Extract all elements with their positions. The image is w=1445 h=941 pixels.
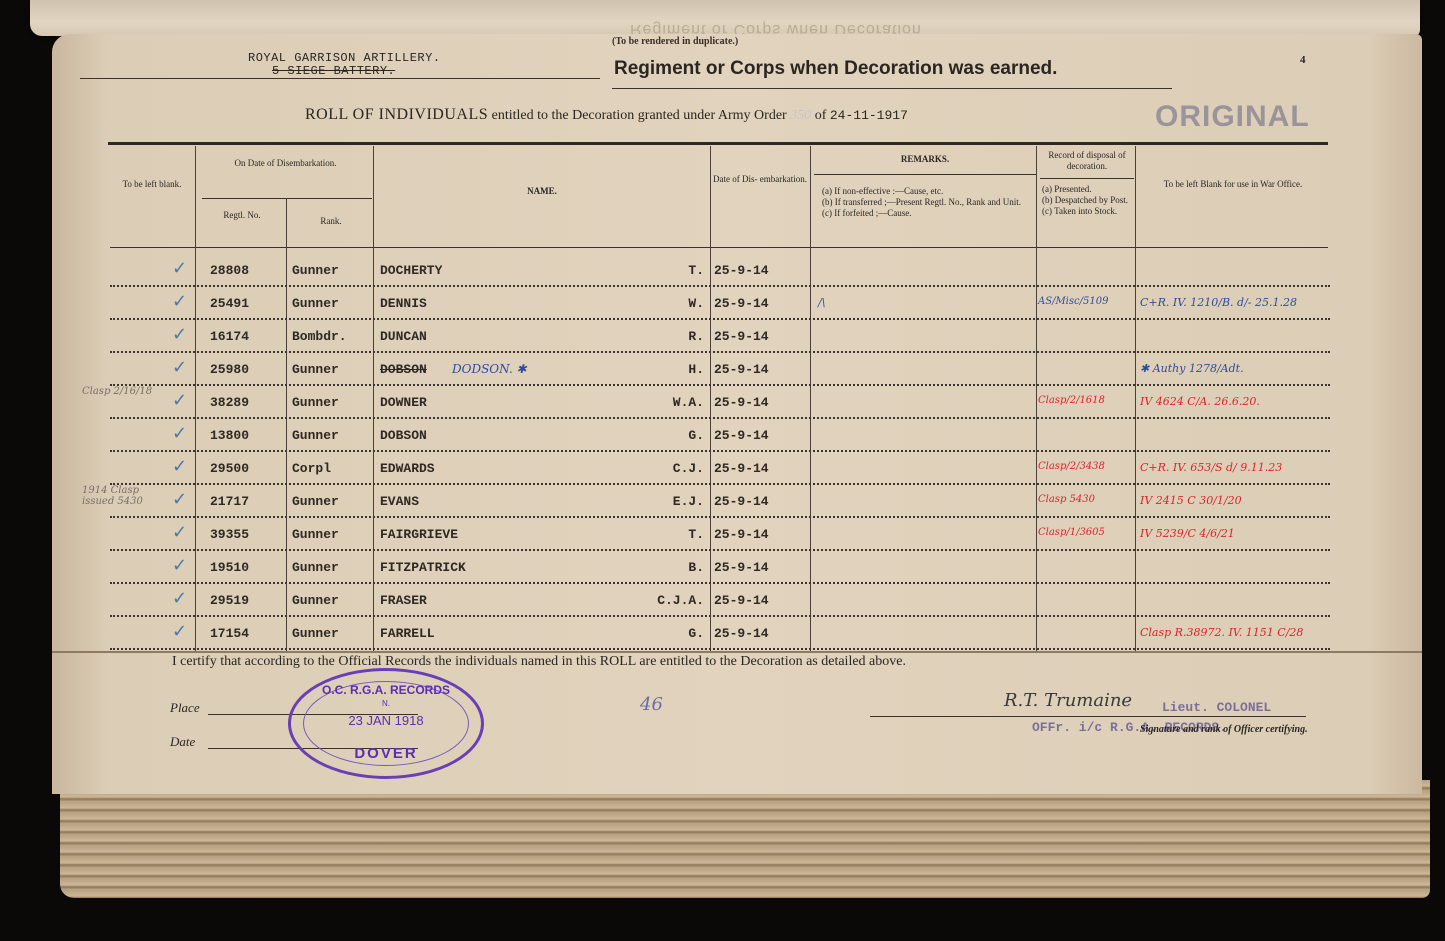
rank: Gunner — [292, 263, 339, 278]
rank: Gunner — [292, 362, 339, 377]
col-war-office: To be left Blank for use in War Office. — [1138, 179, 1328, 190]
header-bottom-rule — [110, 247, 1328, 248]
table-row: ✓1914 Clasp issued 543021717GunnerEVANSE… — [110, 483, 1330, 518]
army-order-date: 24-11-1917 — [830, 108, 908, 123]
table-row: ✓17154GunnerFARRELLG.25-9-14Clasp R.3897… — [110, 615, 1330, 650]
disposal-record: Clasp/2/1618 — [1038, 395, 1105, 406]
disposal-record: AS/Misc/5109 — [1038, 296, 1108, 307]
surname: FRASER — [380, 593, 427, 608]
table-row: ✓29500CorplEDWARDSC.J.25-9-14Clasp/2/343… — [110, 450, 1330, 485]
margin-note: 1914 Clasp issued 5430 — [82, 485, 172, 507]
surname: FITZPATRICK — [380, 560, 466, 575]
regtl-no: 21717 — [210, 494, 249, 509]
surname: DUNCAN — [380, 329, 427, 344]
officer-signature: R.T. Trumaine — [1004, 690, 1132, 711]
initials: G. — [630, 428, 704, 443]
check-mark-icon: ✓ — [172, 357, 187, 378]
remarks: /\ — [818, 296, 825, 309]
page-heading: Regiment or Corps when Decoration was ea… — [614, 58, 1057, 80]
initials: E.J. — [630, 494, 704, 509]
pencil-number: 46 — [640, 694, 663, 715]
dover-records-stamp: O.C. R.G.A. RECORDS N. 23 JAN 1918 DOVER — [288, 668, 484, 779]
check-mark-icon: ✓ — [172, 489, 187, 510]
surname: DOCHERTY — [380, 263, 442, 278]
rank: Gunner — [292, 494, 339, 509]
initials: R. — [630, 329, 704, 344]
disembark-date: 25-9-14 — [714, 263, 769, 278]
roll-page: (To be rendered in duplicate.) 4 ROYAL G… — [52, 34, 1422, 794]
stamp-date: 23 JAN 1918 — [291, 713, 481, 728]
table-top-rule — [108, 142, 1328, 145]
regtl-no: 28808 — [210, 263, 249, 278]
col-name: NAME. — [374, 186, 710, 197]
col-date-of-disembarkation: Date of Dis- embarkation. — [712, 174, 808, 185]
table-row: ✓25491GunnerDENNISW.25-9-14/\AS/Misc/510… — [110, 285, 1330, 320]
table-row: ✓25980GunnerDOBSONDODSON. ✱H.25-9-14✱ Au… — [110, 351, 1330, 386]
table-row: ✓Clasp 2/16/1838289GunnerDOWNERW.A.25-9-… — [110, 384, 1330, 419]
table-row: ✓19510GunnerFITZPATRICKB.25-9-14 — [110, 549, 1330, 584]
rank: Gunner — [292, 626, 339, 641]
initials: W.A. — [630, 395, 704, 410]
disembark-date: 25-9-14 — [714, 362, 769, 377]
surname: DENNIS — [380, 296, 427, 311]
record-detail-b: (b) Despatched by Post. — [1042, 195, 1138, 206]
col-record-of-disposal: Record of disposal of decoration. — [1038, 150, 1136, 172]
war-office-note: IV 5239/C 4/6/21 — [1140, 527, 1235, 540]
check-mark-icon: ✓ — [172, 423, 187, 444]
disposal-record: Clasp 5430 — [1038, 494, 1095, 505]
check-mark-icon: ✓ — [172, 621, 187, 642]
check-mark-icon: ✓ — [172, 324, 187, 345]
signature-caption: Signature and rank of Officer certifying… — [1140, 724, 1308, 735]
remarks-detail: (a) If non-effective :—Cause, etc. (b) I… — [822, 186, 1037, 219]
table-row: ✓16174Bombdr.DUNCANR.25-9-14 — [110, 318, 1330, 353]
regtl-no: 13800 — [210, 428, 249, 443]
record-detail-c: (c) Taken into Stock. — [1042, 206, 1138, 217]
roll-text: entitled to the Decoration granted under… — [492, 108, 787, 123]
disposal-record: Clasp/1/3605 — [1038, 527, 1105, 538]
war-office-note: IV 4624 C/A. 26.6.20. — [1140, 395, 1260, 408]
unit-underline — [80, 78, 600, 79]
disembark-date: 25-9-14 — [714, 395, 769, 410]
surname: FAIRGRIEVE — [380, 527, 458, 542]
record-detail-a: (a) Presented. — [1042, 184, 1138, 195]
signature-line — [870, 716, 1306, 717]
heading-underline — [612, 88, 1172, 89]
disembark-date: 25-9-14 — [714, 296, 769, 311]
duplicate-note: (To be rendered in duplicate.) — [612, 36, 738, 47]
disembark-date: 25-9-14 — [714, 428, 769, 443]
rank: Bombdr. — [292, 329, 347, 344]
rank: Gunner — [292, 527, 339, 542]
war-office-note: C+R. IV. 653/S d/ 9.11.23 — [1140, 461, 1282, 474]
check-mark-icon: ✓ — [172, 522, 187, 543]
rank: Gunner — [292, 560, 339, 575]
war-office-note: IV 2415 C 30/1/20 — [1140, 494, 1242, 507]
rank-stamp-1: Lieut. COLONEL — [1162, 700, 1271, 715]
col-remarks: REMARKS. — [812, 154, 1038, 165]
fold-line — [52, 651, 1422, 653]
remarks-subrule — [814, 174, 1036, 175]
army-order-number: 350 — [790, 108, 811, 123]
regtl-no: 17154 — [210, 626, 249, 641]
name-correction: DODSON. ✱ — [452, 362, 527, 376]
stamp-top: O.C. R.G.A. RECORDS — [291, 683, 481, 697]
unit-line-2: 5 SIEGE BATTERY. — [248, 65, 441, 78]
regtl-no: 25980 — [210, 362, 249, 377]
check-mark-icon: ✓ — [172, 555, 187, 576]
col-to-be-left-blank: To be left blank. — [122, 179, 182, 190]
initials: B. — [630, 560, 704, 575]
previous-page-edge: Regiment or Corps when Decoration — [30, 0, 1420, 36]
page-number: 4 — [1300, 54, 1306, 66]
rank: Gunner — [292, 296, 339, 311]
disembark-date: 25-9-14 — [714, 527, 769, 542]
certification-text: I certify that according to the Official… — [172, 654, 906, 670]
initials: G. — [630, 626, 704, 641]
surname: DOBSON — [380, 428, 427, 443]
surname: DOBSON — [380, 362, 427, 377]
page-stack-edges — [60, 780, 1430, 898]
table-row: ✓13800GunnerDOBSONG.25-9-14 — [110, 417, 1330, 452]
regtl-no: 29500 — [210, 461, 249, 476]
remarks-detail-c: (c) If forfeited ;—Cause. — [822, 208, 1037, 219]
surname: EVANS — [380, 494, 419, 509]
remarks-detail-b: (b) If transferred ;—Present Regtl. No.,… — [822, 197, 1037, 208]
roll-line: ROLL OF INDIVIDUALS entitled to the Deco… — [305, 106, 908, 124]
roll-of: of — [815, 108, 827, 123]
disembark-date: 25-9-14 — [714, 329, 769, 344]
initials: W. — [630, 296, 704, 311]
header-subrule — [202, 198, 372, 199]
regtl-no: 39355 — [210, 527, 249, 542]
regtl-no: 38289 — [210, 395, 249, 410]
check-mark-icon: ✓ — [172, 588, 187, 609]
regtl-no: 16174 — [210, 329, 249, 344]
col-rank: Rank. — [288, 216, 374, 227]
disembark-date: 25-9-14 — [714, 626, 769, 641]
war-office-note: ✱ Authy 1278/Adt. — [1140, 362, 1244, 375]
unit-name: ROYAL GARRISON ARTILLERY. 5 SIEGE BATTER… — [248, 52, 441, 78]
stamp-bottom: DOVER — [291, 745, 481, 762]
place-label: Place — [170, 700, 200, 716]
check-mark-icon: ✓ — [172, 258, 187, 279]
margin-note: Clasp 2/16/18 — [82, 386, 172, 397]
original-stamp: ORIGINAL — [1155, 100, 1310, 134]
roll-caps: ROLL OF INDIVIDUALS — [305, 106, 488, 123]
table-row: ✓29519GunnerFRASERC.J.A.25-9-14 — [110, 582, 1330, 617]
surname: FARRELL — [380, 626, 435, 641]
disembark-date: 25-9-14 — [714, 593, 769, 608]
rank: Gunner — [292, 428, 339, 443]
initials: T. — [630, 263, 704, 278]
table-row: ✓39355GunnerFAIRGRIEVET.25-9-14Clasp/1/3… — [110, 516, 1330, 551]
disembark-date: 25-9-14 — [714, 461, 769, 476]
record-detail: (a) Presented. (b) Despatched by Post. (… — [1042, 184, 1138, 217]
initials: H. — [630, 362, 704, 377]
disembark-date: 25-9-14 — [714, 494, 769, 509]
remarks-detail-a: (a) If non-effective :—Cause, etc. — [822, 186, 1037, 197]
col-regtl-no: Regtl. No. — [198, 210, 286, 221]
surname: EDWARDS — [380, 461, 435, 476]
rank: Gunner — [292, 395, 339, 410]
regtl-no: 19510 — [210, 560, 249, 575]
regtl-no: 29519 — [210, 593, 249, 608]
col-on-date-of-disembarkation: On Date of Disembarkation. — [198, 158, 373, 169]
disembark-date: 25-9-14 — [714, 560, 769, 575]
initials: C.J. — [630, 461, 704, 476]
surname: DOWNER — [380, 395, 427, 410]
rank: Corpl — [292, 461, 331, 476]
war-office-note: C+R. IV. 1210/B. d/- 25.1.28 — [1140, 296, 1297, 309]
stamp-n: N. — [291, 699, 481, 708]
disposal-subrule — [1040, 178, 1134, 179]
rank: Gunner — [292, 593, 339, 608]
check-mark-icon: ✓ — [172, 291, 187, 312]
regtl-no: 25491 — [210, 296, 249, 311]
date-label: Date — [170, 734, 195, 750]
disposal-record: Clasp/2/3438 — [1038, 461, 1105, 472]
check-mark-icon: ✓ — [172, 456, 187, 477]
table-row: ✓28808GunnerDOCHERTYT.25-9-14 — [110, 252, 1330, 287]
war-office-note: Clasp R.38972. IV. 1151 C/28 — [1140, 626, 1303, 639]
initials: C.J.A. — [630, 593, 704, 608]
initials: T. — [630, 527, 704, 542]
check-mark-icon: ✓ — [172, 390, 187, 411]
